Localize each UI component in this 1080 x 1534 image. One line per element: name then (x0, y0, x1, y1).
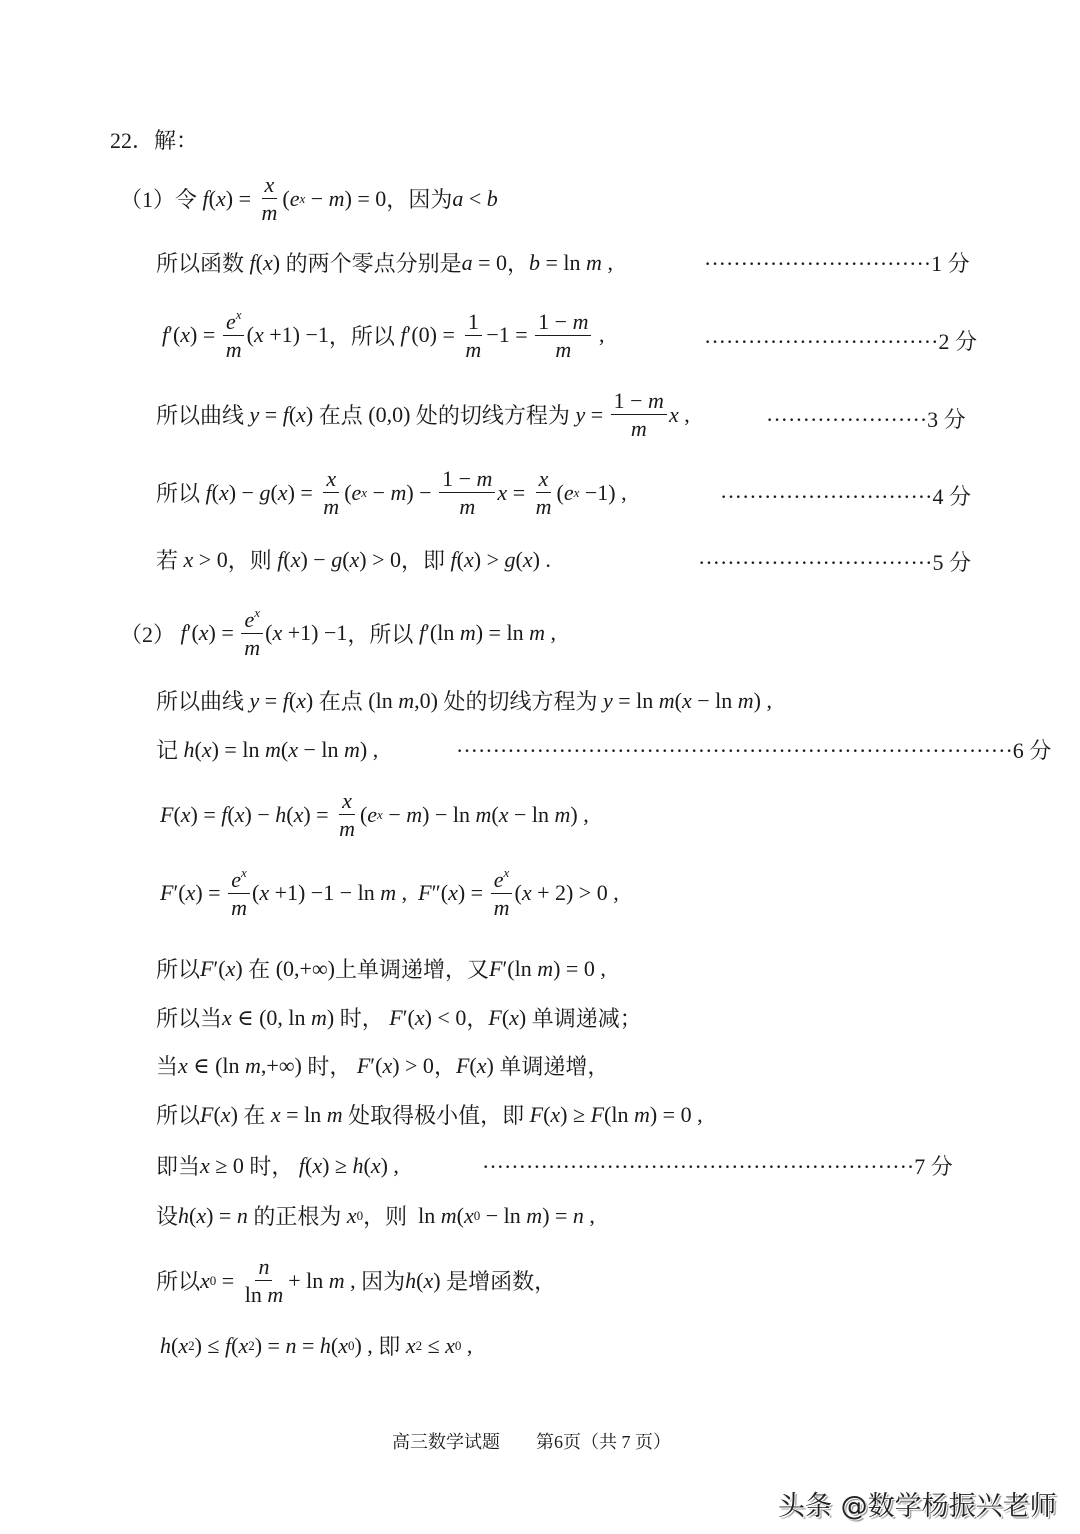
text: 所以当 (156, 1002, 222, 1033)
text: 在 (248, 953, 270, 984)
fraction: xm (320, 466, 342, 520)
part1-label: （1） (120, 183, 175, 214)
comma: ， (401, 544, 423, 575)
comma: ， (466, 1002, 488, 1033)
text: 在点 (319, 399, 363, 430)
part2-label: （2） (120, 618, 175, 649)
comma: ， (347, 618, 369, 649)
score-2: ································2 分 (704, 325, 977, 356)
text: 所以 (351, 320, 395, 351)
text: 所以 (156, 1265, 200, 1296)
text: 所以 (156, 1099, 200, 1130)
part2-line6: 所以 F′(x) 在 (0,+∞) 上单调递增，又 F′(ln m) = 0 , (156, 953, 606, 984)
text: 所以曲线 (156, 685, 244, 716)
fraction: nln m (242, 1254, 287, 1308)
comma: ， (507, 247, 529, 278)
part2-line8: 当 x ∈ (ln m,+∞) 时， F′(x) > 0， F(x) 单调递增， (156, 1050, 609, 1081)
score-7: ········································… (482, 1150, 953, 1181)
score-3: ······················3 分 (766, 403, 966, 434)
text-yinwei: 因为 (408, 183, 452, 214)
part1-line3: f′(x) = exm (x +1) −1， 所以 f′(0) = 1m −1 … (162, 308, 604, 363)
part2-line2: 所以曲线 y = f(x) 在点 (ln m,0) 处的切线方程为 y = ln… (156, 685, 772, 716)
text-ling: 令 (175, 183, 197, 214)
part1-line6: 若 x > 0， 则 f(x) − g(x) > 0， 即 f(x) > g(x… (156, 544, 551, 575)
comma: ， (363, 1200, 385, 1231)
text: 当 (156, 1050, 178, 1081)
part2-line1: （2） f′(x) = exm (x +1) −1， 所以 f′(ln m) =… (120, 606, 556, 661)
comma: ， (329, 320, 351, 351)
part2-line5: F′(x) = exm (x +1) −1 − ln m , F″(x) = e… (160, 866, 619, 921)
problem-label: 解： (154, 124, 198, 155)
text: 时， (340, 1002, 384, 1033)
score-4: ·····························4 分 (720, 480, 971, 511)
footer-page: 第6页（共 7 页） (536, 1432, 671, 1452)
text: 则 (250, 544, 272, 575)
fraction: xm (258, 172, 280, 226)
text: 所以 (156, 953, 200, 984)
part2-line12: 所以 x0 = nln m + ln m , 因为 h(x) 是增函数， (156, 1254, 556, 1308)
text: 即 (378, 1330, 400, 1361)
part2-line4: F(x) = f(x) − h(x) = xm (ex − m) − ln m(… (160, 788, 589, 842)
part2-line7: 所以当 x ∈ (0, ln m) 时， F′(x) < 0， F(x) 单调递… (156, 1002, 642, 1033)
fraction: 1 − mm (535, 309, 591, 363)
part1-line5: 所以 f(x) − g(x) = xm (ex − m) − 1 − mm x … (156, 466, 627, 520)
text: 时， (249, 1150, 293, 1181)
fraction: 1m (462, 309, 484, 363)
part2-line13: h(x2) ≤ f(x2) = n = h(x0) , 即 x2 ≤ x0 , (160, 1330, 472, 1361)
comma: ， (386, 183, 408, 214)
text: 若 (156, 544, 178, 575)
comma: ， (434, 1050, 456, 1081)
fraction: 1 − mm (439, 466, 495, 520)
text: 则 (385, 1200, 407, 1231)
text: 处的切线方程为 (443, 685, 597, 716)
problem-heading: 22． 解： (110, 124, 198, 155)
fraction: exm (491, 866, 513, 921)
part2-line10: 即当 x ≥ 0 时， f(x) ≥ h(x) , (156, 1150, 399, 1181)
text: 所以曲线 (156, 399, 244, 430)
part2-line9: 所以 F(x) 在 x = ln m 处取得极小值，即 F(x) ≥ F(ln … (156, 1099, 703, 1130)
text: 在点 (319, 685, 363, 716)
fraction: xm (336, 788, 358, 842)
problem-number: 22． (110, 124, 154, 155)
part2-line11: 设 h(x) = n 的正根为 x0， 则 ln m(x0 − ln m) = … (156, 1200, 595, 1231)
text: 即 (423, 544, 445, 575)
fraction: exm (241, 606, 263, 661)
comma: ， (228, 544, 250, 575)
text: 处取得极小值，即 (348, 1099, 524, 1130)
text: 处的切线方程为 (416, 399, 570, 430)
text: 所以 (369, 618, 413, 649)
text: 的正根为 (253, 1200, 341, 1231)
part1-line2: 所以函数 f(x) 的两个零点分别是 a = 0，b = ln m , (156, 247, 613, 278)
text: 是增函数， (446, 1265, 556, 1296)
text: 即当 (156, 1150, 200, 1181)
text: 的两个零点分别是 (286, 247, 462, 278)
text: 所以函数 (156, 247, 244, 278)
text: 设 (156, 1200, 178, 1231)
part2-line3: 记 h(x) = ln m(x − ln m) , (156, 734, 378, 765)
text: 记 (156, 734, 178, 765)
part1-line4: 所以曲线 y = f(x) 在点 (0,0) 处的切线方程为 y = 1 − m… (156, 388, 690, 442)
fraction: exm (228, 866, 250, 921)
fraction: exm (223, 308, 245, 363)
text: 时， (307, 1050, 351, 1081)
text: 所以 (156, 477, 200, 508)
text: 上单调递增，又 (335, 953, 489, 984)
score-1: ·······························1 分 (704, 247, 970, 278)
text: 单调递增， (499, 1050, 609, 1081)
text: 单调递减； (532, 1002, 642, 1033)
score-5: ································5 分 (698, 546, 971, 577)
footer-subject: 高三数学试题 (392, 1432, 500, 1452)
text: 在 (243, 1099, 265, 1130)
score-6: ········································… (456, 734, 1051, 765)
fraction: 1 − mm (611, 388, 667, 442)
page-footer: 高三数学试题 第6页（共 7 页） (392, 1428, 671, 1454)
part1-line1: （1） 令 f(x) = xm (ex − m) = 0， 因为a < b (120, 172, 498, 226)
text: 因为 (361, 1265, 405, 1296)
watermark: 头条 @数学杨振兴老师 (778, 1484, 1057, 1523)
fraction: xm (533, 466, 555, 520)
